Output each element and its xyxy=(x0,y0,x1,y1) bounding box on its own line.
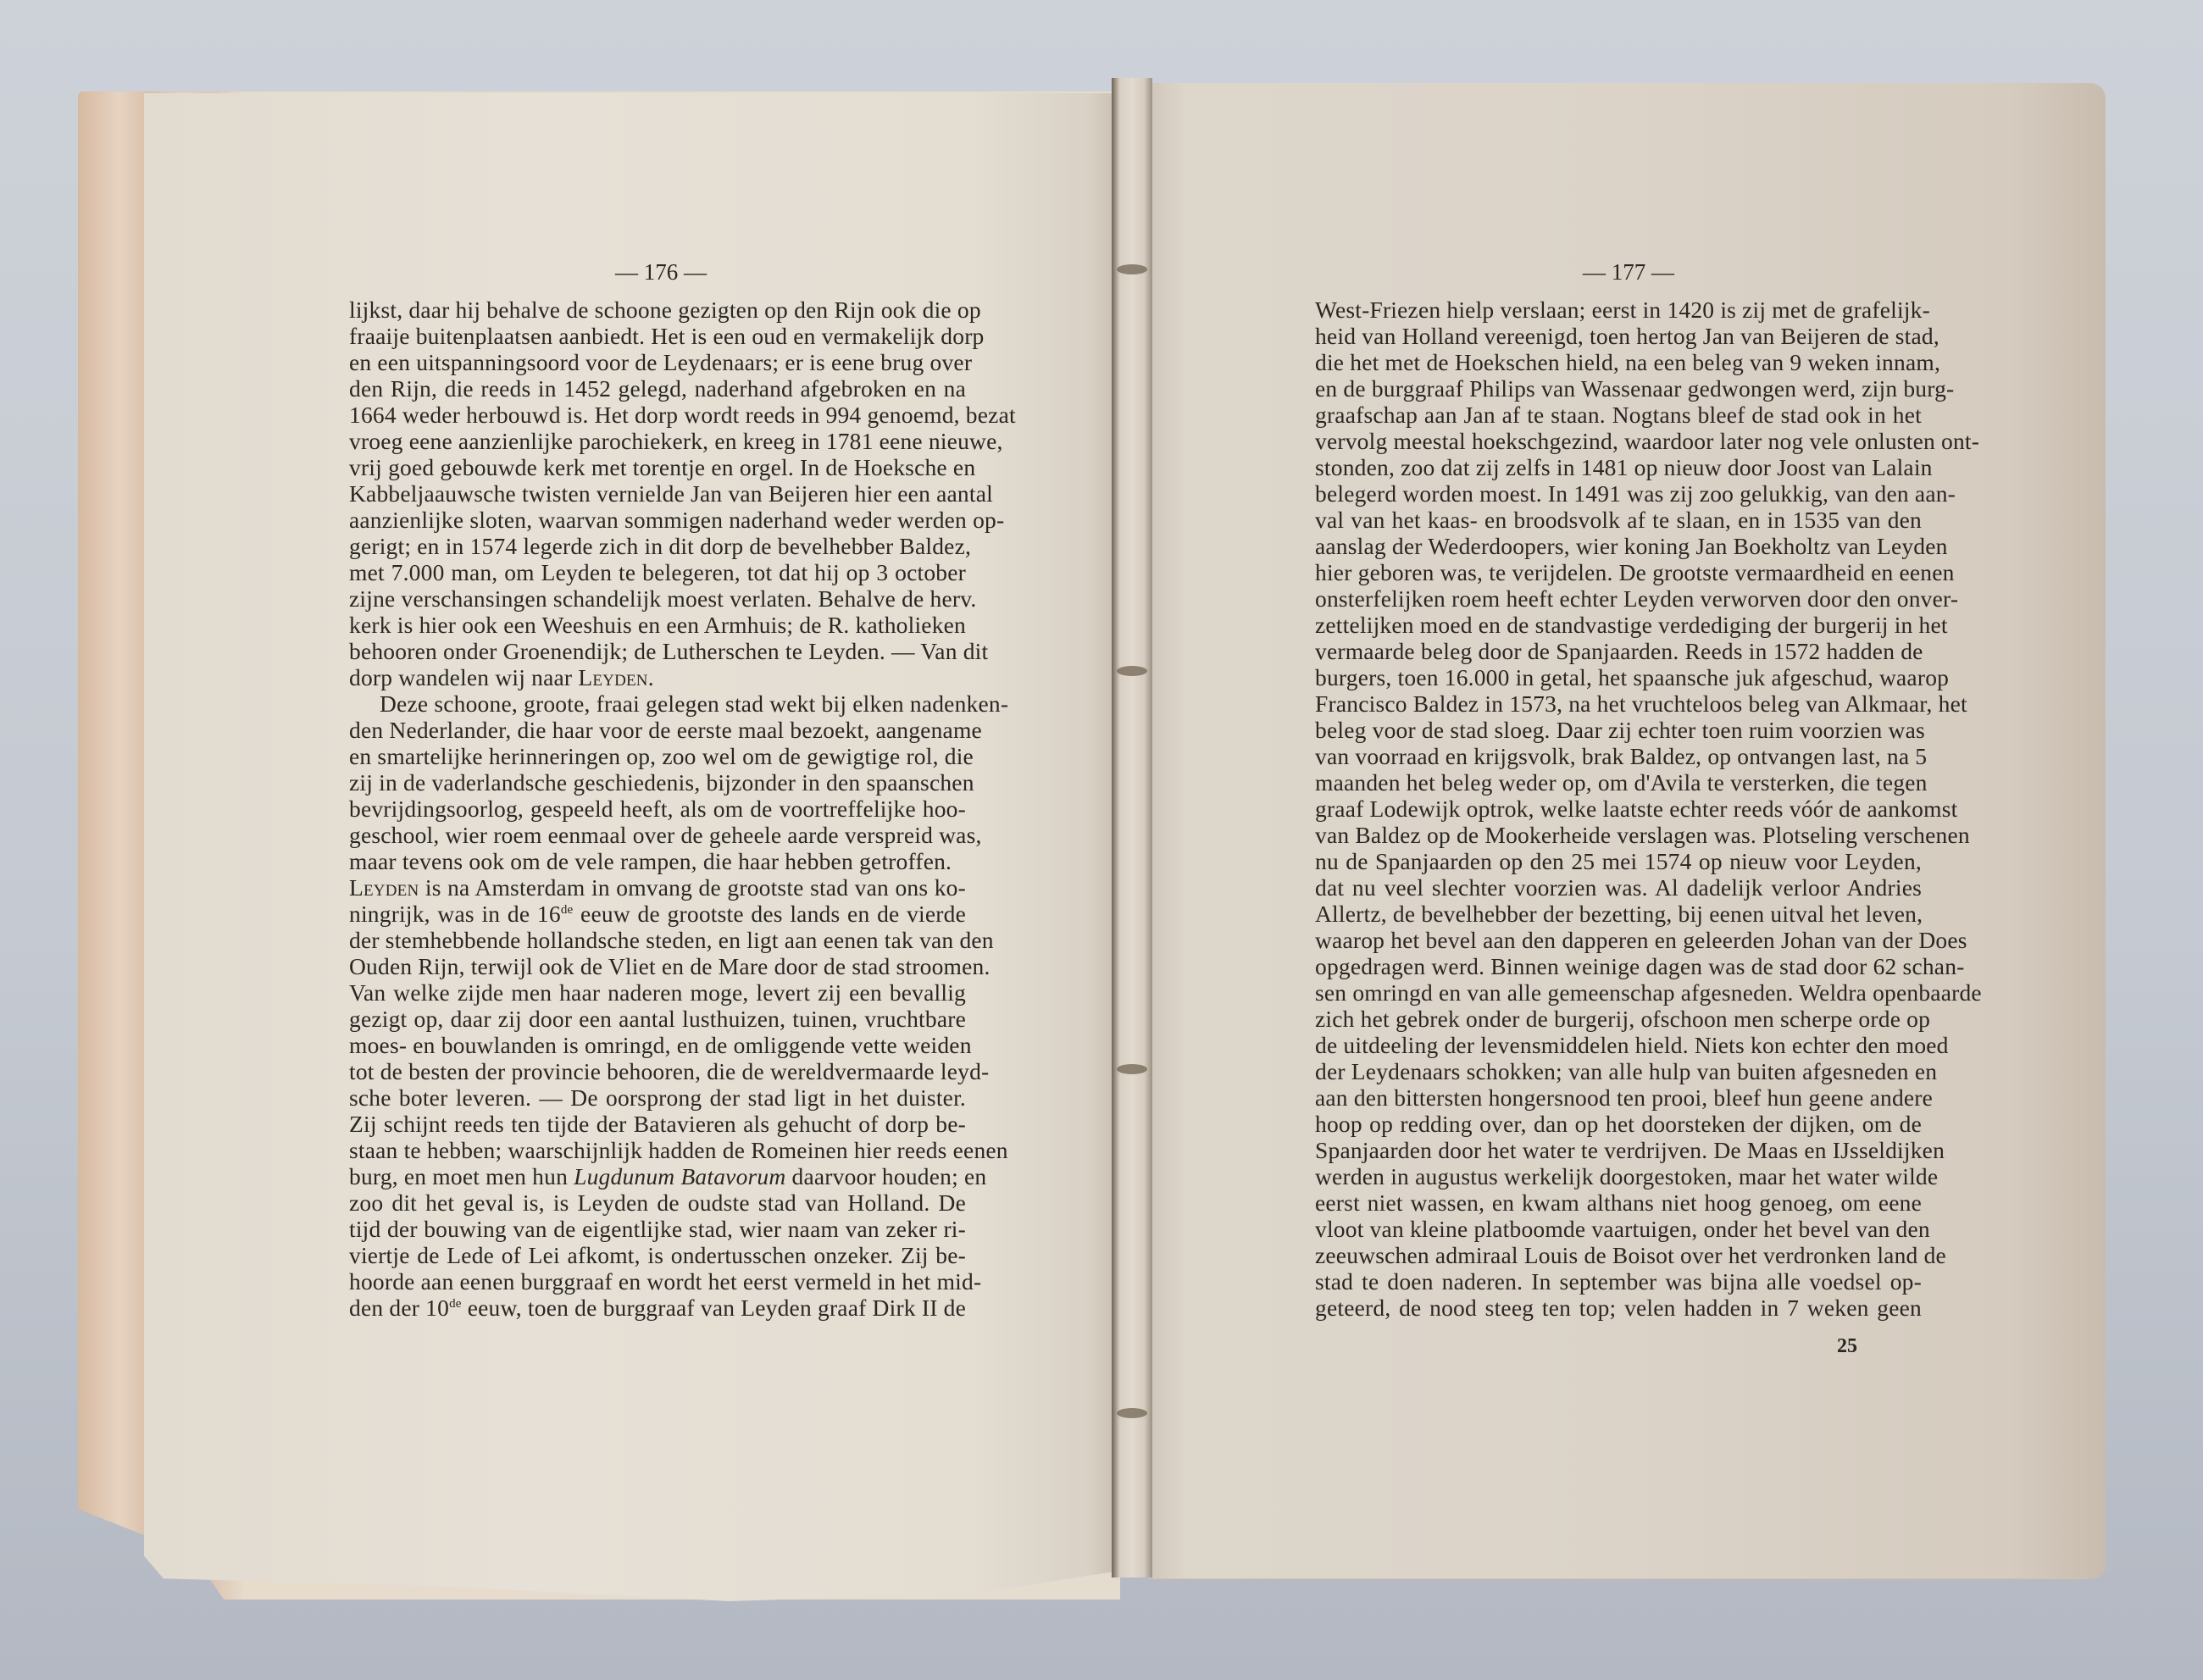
text-line: zeeuwschen admiraal Louis de Boisot over… xyxy=(1315,1242,1922,1268)
text-line: belegerd worden moest. In 1491 was zij z… xyxy=(1315,480,1922,507)
text-line: en een uitspanningsoord voor de Leydenaa… xyxy=(349,349,966,375)
text-line: 1664 weder herbouwd is. Het dorp wordt r… xyxy=(349,402,966,428)
text-line: den Nederlander, die haar voor de eerste… xyxy=(349,717,966,743)
binding-stitch xyxy=(1117,666,1147,676)
text-line: Francisco Baldez in 1573, na het vruchte… xyxy=(1315,690,1922,717)
text-line: den der 10de eeuw, toen de burggraaf van… xyxy=(349,1295,966,1321)
text-line: onsterfelijken roem heeft echter Leyden … xyxy=(1315,585,1922,612)
text-line: vrij goed gebouwde kerk met torentje en … xyxy=(349,454,966,480)
text-line: en smartelijke herinneringen op, zoo wel… xyxy=(349,743,966,769)
text-line: heid van Holland vereenigd, toen hertog … xyxy=(1315,323,1922,349)
text-line: West-Friezen hielp verslaan; eerst in 14… xyxy=(1315,297,1922,323)
text-line: eerst niet wassen, en kwam althans niet … xyxy=(1315,1189,1922,1216)
text-line: gezigt op, daar zij door een aantal lust… xyxy=(349,1006,966,1032)
text-line: tijd der bouwing van de eigentlijke stad… xyxy=(349,1216,966,1242)
text-line: graaf Lodewijk optrok, welke laatste ech… xyxy=(1315,796,1922,822)
text-line: vroeg eene aanzienlijke parochiekerk, en… xyxy=(349,428,966,454)
text-line: stonden, zoo dat zij zelfs in 1481 op ni… xyxy=(1315,454,1922,480)
text-line: aanzienlijke sloten, waarvan sommigen na… xyxy=(349,507,966,533)
text-line: van Baldez op de Mookerheide verslagen w… xyxy=(1315,822,1922,848)
text-line: vloot van kleine platboomde vaartuigen, … xyxy=(1315,1216,1922,1242)
text-line: Zij schijnt reeds ten tijde der Batavier… xyxy=(349,1111,966,1137)
text-line: bevrijdingsoorlog, gespeeld heeft, als o… xyxy=(349,796,966,822)
text-line: burg, en moet men hun Lugdunum Batavorum… xyxy=(349,1163,966,1189)
text-line: hoorde aan eenen burggraaf en wordt het … xyxy=(349,1268,966,1295)
text-line: staan te hebben; waarschijnlijk hadden d… xyxy=(349,1137,966,1163)
text-line: viertje de Lede of Lei afkomt, is ondert… xyxy=(349,1242,966,1268)
text-line: zettelijken moed en de standvastige verd… xyxy=(1315,612,1922,638)
text-line: dat nu veel slechter voorzien was. Al da… xyxy=(1315,874,1922,901)
text-line: Ouden Rijn, terwijl ook de Vliet en de M… xyxy=(349,953,966,979)
text-line: die het met de Hoekschen hield, na een b… xyxy=(1315,349,1922,375)
text-line: hier geboren was, te verijdelen. De groo… xyxy=(1315,559,1922,585)
text-line: maanden het beleg weder op, om d'Avila t… xyxy=(1315,769,1922,796)
left-page-text: lijkst, daar hij behalve de schoone gezi… xyxy=(349,297,966,1321)
page-number-right: — 177 — xyxy=(1544,259,1713,286)
right-page-text: West-Friezen hielp verslaan; eerst in 14… xyxy=(1315,297,1922,1321)
signature-mark: 25 xyxy=(1837,1335,1857,1358)
text-line: sche boter leveren. — De oorsprong der s… xyxy=(349,1084,966,1111)
text-line: aanslag der Wederdoopers, wier koning Ja… xyxy=(1315,533,1922,559)
text-line: der stemhebbende hollandsche steden, en … xyxy=(349,927,966,953)
text-line: val van het kaas- en broodsvolk af te sl… xyxy=(1315,507,1922,533)
text-line: der Leydenaars schokken; van alle hulp v… xyxy=(1315,1058,1922,1084)
text-line: den Rijn, die reeds in 1452 gelegd, nade… xyxy=(349,375,966,402)
text-line: Allertz, de bevelhebber der bezetting, b… xyxy=(1315,901,1922,927)
book-spine xyxy=(1112,78,1152,1577)
text-line: werden in augustus werkelijk doorgestoke… xyxy=(1315,1163,1922,1189)
text-line: zoo dit het geval is, is Leyden de oudst… xyxy=(349,1189,966,1216)
text-line: geschool, wier roem eenmaal over de gehe… xyxy=(349,822,966,848)
text-line: fraaije buitenplaatsen aanbiedt. Het is … xyxy=(349,323,966,349)
text-line: de uitdeeling der levensmiddelen hield. … xyxy=(1315,1032,1922,1058)
text-line: geteerd, de nood steeg ten top; velen ha… xyxy=(1315,1295,1922,1321)
text-line: zijne verschansingen schandelijk moest v… xyxy=(349,585,966,612)
text-line: graafschap aan Jan af te staan. Nogtans … xyxy=(1315,402,1922,428)
page-number-left: — 176 — xyxy=(576,259,746,286)
text-line: met 7.000 man, om Leyden te belegeren, t… xyxy=(349,559,966,585)
text-line: stad te doen naderen. In september was b… xyxy=(1315,1268,1922,1295)
text-line: van voorraad en krijgsvolk, brak Baldez,… xyxy=(1315,743,1922,769)
text-line: vermaarde beleg door de Spanjaarden. Ree… xyxy=(1315,638,1922,664)
binding-stitch xyxy=(1117,1408,1147,1418)
text-line: maar tevens ook om de vele rampen, die h… xyxy=(349,848,966,874)
text-line: kerk is hier ook een Weeshuis en een Arm… xyxy=(349,612,966,638)
text-line: vervolg meestal hoekschgezind, waardoor … xyxy=(1315,428,1922,454)
text-line: behooren onder Groenendijk; de Luthersch… xyxy=(349,638,966,664)
text-line: lijkst, daar hij behalve de schoone gezi… xyxy=(349,297,966,323)
text-line: en de burggraaf Philips van Wassenaar ge… xyxy=(1315,375,1922,402)
text-line: tot de besten der provincie behooren, di… xyxy=(349,1058,966,1084)
text-line: sen omringd en van alle gemeenschap afge… xyxy=(1315,979,1922,1006)
open-book: — 176 — lijkst, daar hij behalve de scho… xyxy=(0,0,2203,1680)
binding-stitch xyxy=(1117,1064,1147,1074)
text-line: Leyden is na Amsterdam in omvang de groo… xyxy=(349,874,966,901)
text-line: Spanjaarden door het water te verdrijven… xyxy=(1315,1137,1922,1163)
text-line: Van welke zijde men haar naderen moge, l… xyxy=(349,979,966,1006)
text-line: waarop het bevel aan den dapperen en gel… xyxy=(1315,927,1922,953)
text-line: beleg voor de stad sloeg. Daar zij echte… xyxy=(1315,717,1922,743)
text-line: moes- en bouwlanden is omringd, en de om… xyxy=(349,1032,966,1058)
text-line: aan den bittersten hongersnood ten prooi… xyxy=(1315,1084,1922,1111)
text-line: zich het gebrek onder de burgerij, ofsch… xyxy=(1315,1006,1922,1032)
text-line: Deze schoone, groote, fraai gelegen stad… xyxy=(349,690,966,717)
text-line: burgers, toen 16.000 in getal, het spaan… xyxy=(1315,664,1922,690)
text-line: gerigt; en in 1574 legerde zich in dit d… xyxy=(349,533,966,559)
text-line: ningrijk, was in de 16de eeuw de grootst… xyxy=(349,901,966,927)
text-line: Kabbeljaauwsche twisten vernielde Jan va… xyxy=(349,480,966,507)
binding-stitch xyxy=(1117,264,1147,274)
text-line: nu de Spanjaarden op den 25 mei 1574 op … xyxy=(1315,848,1922,874)
text-line: dorp wandelen wij naar Leyden. xyxy=(349,664,966,690)
text-line: opgedragen werd. Binnen weinige dagen wa… xyxy=(1315,953,1922,979)
text-line: hoop op redding over, dan op het doorste… xyxy=(1315,1111,1922,1137)
text-line: zij in de vaderlandsche geschiedenis, bi… xyxy=(349,769,966,796)
